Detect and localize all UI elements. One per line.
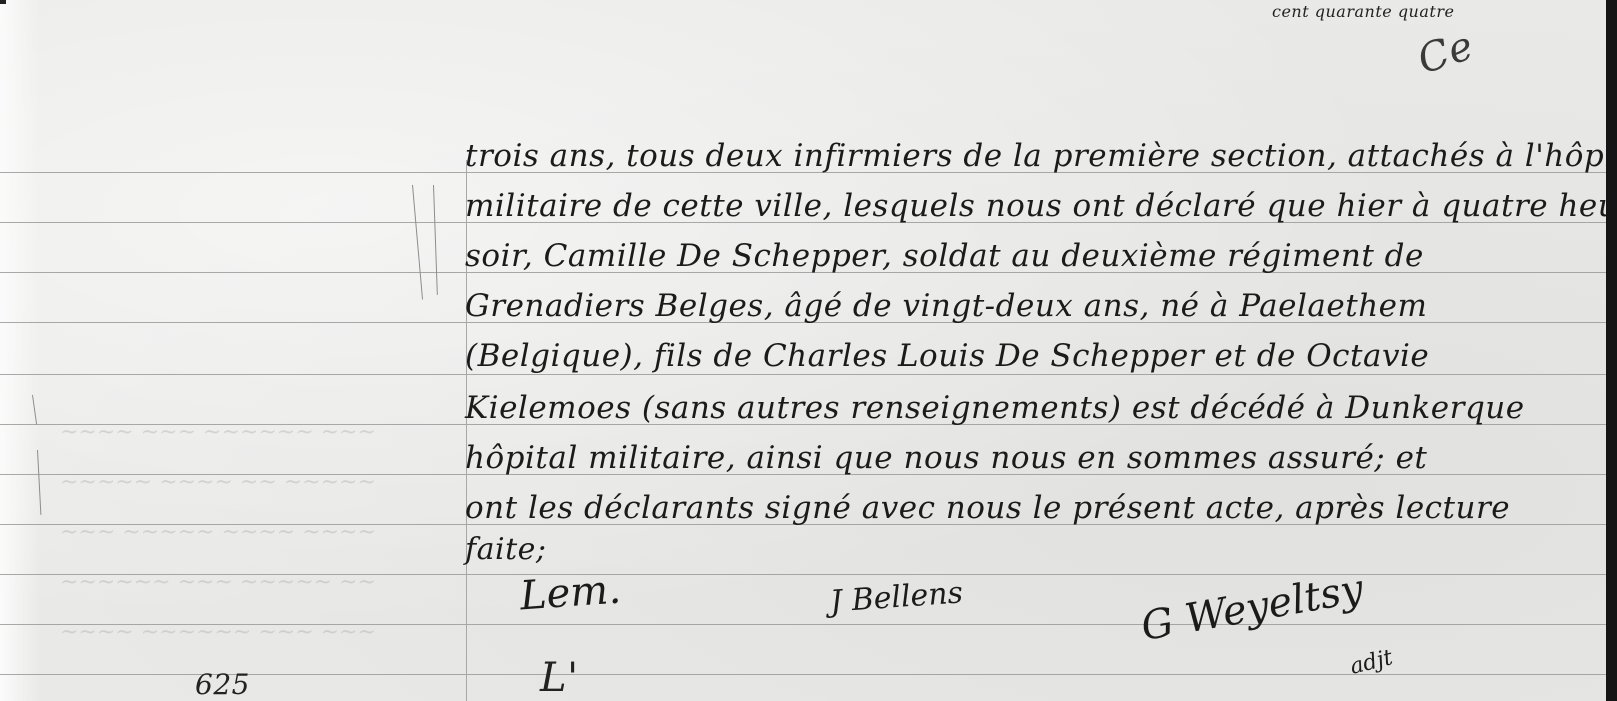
scan-edge-fade bbox=[0, 0, 40, 701]
record-line-5: (Belgique), fils de Charles Louis De Sch… bbox=[465, 338, 1429, 374]
bleed-through-text: ~~~~~ ~~~~ ~~ ~~~~~ bbox=[60, 470, 376, 495]
signature-2: J Bellens bbox=[829, 575, 964, 619]
bleed-through-text: ~~~~~~ ~~~ ~~~~~ ~~ bbox=[60, 570, 376, 595]
margin-entry-number: 625 bbox=[195, 668, 250, 701]
record-line-8: ont les déclarants signé avec nous le pr… bbox=[465, 490, 1510, 526]
pencil-mark bbox=[433, 185, 438, 295]
ruled-line bbox=[0, 374, 1606, 375]
initials-mark: Ce bbox=[1412, 23, 1479, 84]
record-line-2: militaire de cette ville, lesquels nous … bbox=[465, 188, 1606, 224]
scan-corner-mark bbox=[0, 0, 6, 4]
record-line-9: faite; bbox=[465, 532, 547, 567]
register-page: ~~~~ ~~~ ~~~~~~ ~~~ ~~~~~ ~~~~ ~~ ~~~~~ … bbox=[0, 0, 1606, 701]
signature-3: G Weyeltsy bbox=[1138, 566, 1367, 650]
pencil-mark bbox=[412, 185, 423, 300]
record-line-7: hôpital militaire, ainsi que nous nous e… bbox=[465, 440, 1427, 476]
folio-number-note: cent quarante quatre bbox=[1272, 2, 1454, 21]
signature-1: Lem. bbox=[519, 567, 623, 620]
record-line-1: trois ans, tous deux infirmiers de la pr… bbox=[465, 138, 1606, 174]
record-line-6: Kielemoes (sans autres renseignements) e… bbox=[465, 390, 1525, 426]
bleed-through-text: ~~~ ~~~~~ ~~~~ ~~~~ bbox=[60, 520, 376, 545]
scan-right-border bbox=[1606, 0, 1617, 701]
bleed-through-text: ~~~~ ~~~~~~ ~~~ ~~~ bbox=[60, 620, 376, 645]
record-line-4: Grenadiers Belges, âgé de vingt-deux ans… bbox=[465, 288, 1427, 324]
record-line-3: soir, Camille De Schepper, soldat au deu… bbox=[465, 238, 1424, 274]
bleed-through-text: ~~~~ ~~~ ~~~~~~ ~~~ bbox=[60, 420, 376, 445]
next-entry-start: L' bbox=[540, 655, 579, 701]
